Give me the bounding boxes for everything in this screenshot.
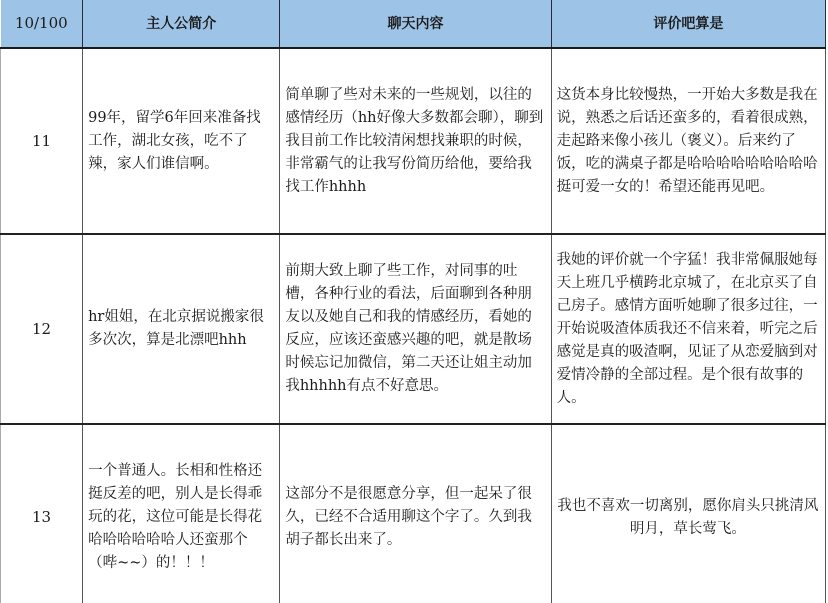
intro-cell: hr姐姐，在北京据说搬家很多次次，算是北漂吧hhh [83,234,280,424]
table-row: 12 hr姐姐，在北京据说搬家很多次次，算是北漂吧hhh 前期大致上聊了些工作，… [1,234,826,424]
chat-cell: 这部分不是很愿意分享，但一起呆了很久，已经不合适用聊这个字了。久到我胡子都长出来… [280,424,551,603]
header-chat: 聊天内容 [280,0,551,48]
row-number: 12 [1,234,83,424]
review-cell: 这货本身比较慢热，一开始大多数是我在说，熟悉之后话还蛮多的，看着很成熟，走起路来… [551,48,825,234]
review-cell: 我她的评价就一个字猛！我非常佩服她每天上班几乎横跨北京城了，在北京买了自己房子。… [551,234,825,424]
header-intro: 主人公简介 [83,0,280,48]
spreadsheet: 10/100 主人公简介 聊天内容 评价吧算是 11 99年，留学6年回来准备找… [0,0,828,603]
header-count: 10/100 [1,0,83,48]
review-cell: 我也不喜欢一切离别，愿你肩头只挑清风明月，草长莺飞。 [551,424,825,603]
chat-cell: 简单聊了些对未来的一些规划，以往的感情经历（hh好像大多数都会聊），聊到我目前工… [280,48,551,234]
chat-cell: 前期大致上聊了些工作，对同事的吐槽，各种行业的看法，后面聊到各种朋友以及她自己和… [280,234,551,424]
header-review: 评价吧算是 [551,0,825,48]
row-number: 11 [1,48,83,234]
intro-cell: 99年，留学6年回来准备找工作，湖北女孩，吃不了辣，家人们谁信啊。 [83,48,280,234]
table-row: 11 99年，留学6年回来准备找工作，湖北女孩，吃不了辣，家人们谁信啊。 简单聊… [1,48,826,234]
row-number: 13 [1,424,83,603]
intro-cell: 一个普通人。长相和性格还挺反差的吧，别人是长得乖玩的花，这位可能是长得花哈哈哈哈… [83,424,280,603]
table-row: 13 一个普通人。长相和性格还挺反差的吧，别人是长得乖玩的花，这位可能是长得花哈… [1,424,826,603]
dating-review-table: 10/100 主人公简介 聊天内容 评价吧算是 11 99年，留学6年回来准备找… [0,0,826,603]
header-row: 10/100 主人公简介 聊天内容 评价吧算是 [1,0,826,48]
